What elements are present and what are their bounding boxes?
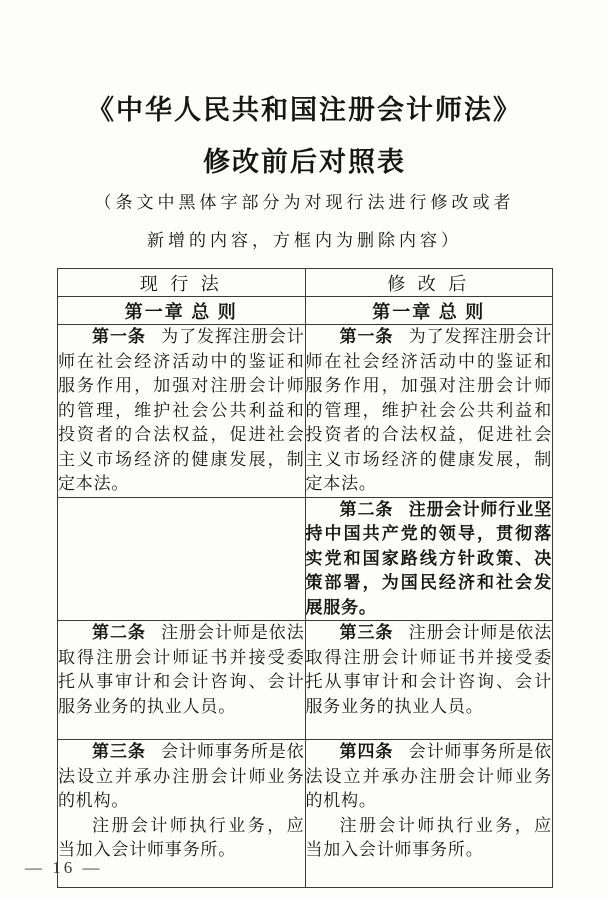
cell-revised-article-3: 第三条注册会计师是依法取得注册会计师证书并接受委托从事审计和会计咨询、会计服务业… — [305, 621, 553, 740]
table-row-article-1: 第一条为了发挥注册会计师在社会经济活动中的鉴证和服务作用，加强对注册会计师的管理… — [58, 325, 553, 498]
article-paragraph: 第三条会计师事务所是依法设立并承办注册会计师业务的机构。 — [58, 740, 305, 814]
article-text: 注册会计师执行业务，应当加入会计师事务所。 — [58, 816, 305, 860]
cell-current-empty — [58, 497, 306, 621]
article-paragraph: 第一条为了发挥注册会计师在社会经济活动中的鉴证和服务作用，加强对注册会计师的管理… — [306, 325, 553, 497]
document-page: 《中华人民共和国注册会计师法》 修改前后对照表 （条文中黑体字部分为对现行法进行… — [0, 0, 609, 900]
article-number: 第二条 — [340, 500, 394, 519]
doc-title-line-2: 修改前后对照表 — [0, 140, 609, 179]
comparison-table: 现 行 法 修 改 后 第一章 总 则 第一章 总 则 第一条为了发挥注册会计师… — [57, 268, 553, 888]
chapter-heading-row: 第一章 总 则 第一章 总 则 — [58, 297, 553, 325]
table-row-article-2-3: 第二条注册会计师是依法取得注册会计师证书并接受委托从事审计和会计咨询、会计服务业… — [58, 621, 553, 740]
article-number: 第四条 — [340, 742, 394, 761]
doc-note-line-2: 新增的内容，方框内为删除内容） — [0, 226, 609, 251]
article-paragraph: 第四条会计师事务所是依法设立并承办注册会计师业务的机构。 — [306, 740, 553, 814]
article-paragraph: 注册会计师执行业务，应当加入会计师事务所。 — [58, 814, 305, 863]
table-row-new-article-2: 第二条注册会计师行业坚持中国共产党的领导，贯彻落实党和国家路线方针政策、决策部署… — [58, 497, 553, 621]
header-cell-current-law: 现 行 法 — [58, 269, 306, 297]
article-paragraph: 第二条注册会计师行业坚持中国共产党的领导，贯彻落实党和国家路线方针政策、决策部署… — [306, 498, 553, 621]
cell-revised-article-2-new: 第二条注册会计师行业坚持中国共产党的领导，贯彻落实党和国家路线方针政策、决策部署… — [305, 497, 553, 621]
page-number: — 16 — — [25, 858, 103, 878]
cell-revised-article-4: 第四条会计师事务所是依法设立并承办注册会计师业务的机构。 注册会计师执行业务，应… — [305, 740, 553, 888]
article-paragraph: 第二条注册会计师是依法取得注册会计师证书并接受委托从事审计和会计咨询、会计服务业… — [58, 621, 305, 719]
chapter-heading-right: 第一章 总 则 — [305, 297, 553, 325]
article-number: 第一条 — [92, 327, 146, 346]
article-text: 为了发挥注册会计师在社会经济活动中的鉴证和服务作用，加强对注册会计师的管理，维护… — [306, 327, 553, 493]
table-row-article-3-4: 第三条会计师事务所是依法设立并承办注册会计师业务的机构。 注册会计师执行业务，应… — [58, 740, 553, 888]
doc-title-line-1: 《中华人民共和国注册会计师法》 — [0, 88, 609, 127]
cell-revised-article-1: 第一条为了发挥注册会计师在社会经济活动中的鉴证和服务作用，加强对注册会计师的管理… — [305, 325, 553, 498]
article-number: 第二条 — [92, 623, 146, 642]
article-paragraph: 注册会计师执行业务，应当加入会计师事务所。 — [306, 814, 553, 863]
article-paragraph: 第一条为了发挥注册会计师在社会经济活动中的鉴证和服务作用，加强对注册会计师的管理… — [58, 325, 305, 497]
article-text: 为了发挥注册会计师在社会经济活动中的鉴证和服务作用，加强对注册会计师的管理，维护… — [58, 327, 305, 493]
article-number: 第一条 — [340, 327, 394, 346]
cell-current-article-2: 第二条注册会计师是依法取得注册会计师证书并接受委托从事审计和会计咨询、会计服务业… — [58, 621, 306, 740]
article-number: 第三条 — [340, 623, 394, 642]
doc-note-line-1: （条文中黑体字部分为对现行法进行修改或者 — [0, 188, 609, 213]
article-paragraph: 第三条注册会计师是依法取得注册会计师证书并接受委托从事审计和会计咨询、会计服务业… — [306, 621, 553, 719]
header-cell-after-revision: 修 改 后 — [305, 269, 553, 297]
article-number: 第三条 — [92, 742, 146, 761]
table-header-row: 现 行 法 修 改 后 — [58, 269, 553, 297]
article-text: 注册会计师执行业务，应当加入会计师事务所。 — [306, 816, 553, 860]
chapter-heading-left: 第一章 总 则 — [58, 297, 306, 325]
cell-current-article-1: 第一条为了发挥注册会计师在社会经济活动中的鉴证和服务作用，加强对注册会计师的管理… — [58, 325, 306, 498]
